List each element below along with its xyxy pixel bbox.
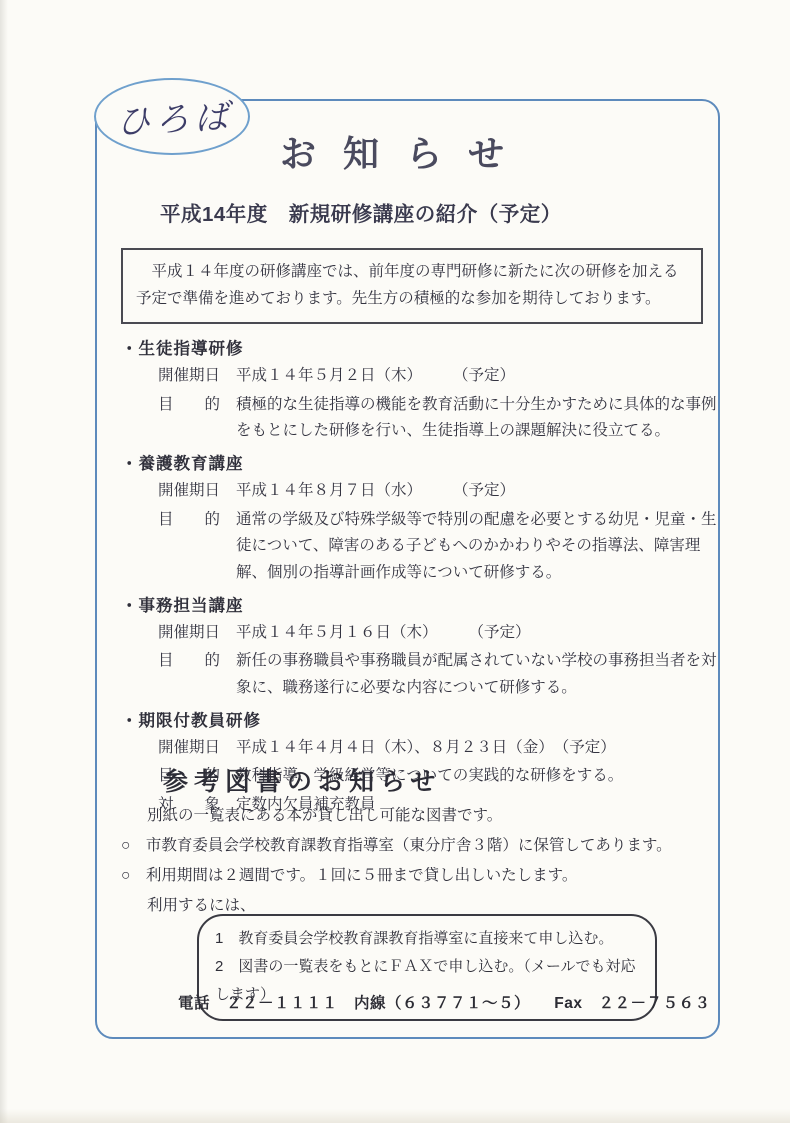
row-value: 平成１４年４月４日（木）、８月２３日（金） （予定） (236, 735, 717, 762)
library-heading: 参考図書のお知らせ (163, 762, 441, 798)
course-row: 目 的 通常の学級及び特殊学級等で特別の配慮を必要とする幼児・児童・生徒について… (121, 507, 717, 587)
course-row: 目 的 積極的な生徒指導の機能を教育活動に十分生かすために具体的な事例をもとにし… (121, 392, 717, 445)
hiroba-badge-label: ひろば (110, 89, 234, 144)
course-list: ・生徒指導研修 開催期日 平成１４年５月２日（木） （予定） 目 的 積極的な生… (121, 331, 717, 824)
library-point: ○ 利用期間は２週間です。１回に５冊まで貸し出しいたします。 (121, 866, 711, 887)
course-row: 開催期日 平成１４年４月４日（木）、８月２３日（金） （予定） (121, 735, 717, 762)
row-label: 開催期日 (158, 363, 220, 390)
course-row: 目 的 新任の事務職員や事務職員が配属されていない学校の事務担当者を対象に、職務… (121, 648, 717, 701)
row-value: 新任の事務職員や事務職員が配属されていない学校の事務担当者を対象に、職務遂行に必… (236, 648, 717, 701)
course-title: ・期限付教員研修 (121, 707, 717, 731)
row-label: 目 的 (158, 507, 220, 587)
course-title: ・生徒指導研修 (121, 335, 717, 359)
course-section-yogo-kyoiku: ・養護教育講座 開催期日 平成１４年８月７日（水） （予定） 目 的 通常の学級… (121, 450, 717, 587)
course-section-jimu-tanto: ・事務担当講座 開催期日 平成１４年５月１６日（木） （予定） 目 的 新任の事… (121, 592, 717, 702)
course-section-seito-shidо: ・生徒指導研修 開催期日 平成１４年５月２日（木） （予定） 目 的 積極的な生… (121, 335, 717, 445)
library-point: ○ 市教育委員会学校教育課教育指導室（東分庁舎３階）に保管してあります。 (121, 836, 711, 857)
intro-text: 平成１４年度の研修講座では、前年度の専門研修に新たに次の研修を加える予定で準備を… (136, 263, 679, 307)
row-label: 開催期日 (158, 735, 220, 762)
row-value: 平成１４年５月１６日（木） （予定） (236, 620, 717, 647)
scanned-notice-page: ひろば お知らせ 平成14年度 新規研修講座の紹介（予定） 平成１４年度の研修講… (0, 0, 790, 1123)
course-title: ・事務担当講座 (121, 592, 717, 616)
row-label: 目 的 (158, 648, 220, 701)
row-value: 積極的な生徒指導の機能を教育活動に十分生かすために具体的な事例をもとにした研修を… (236, 392, 717, 445)
row-label: 開催期日 (158, 478, 220, 505)
row-value: 平成１４年５月２日（木） （予定） (236, 363, 717, 390)
row-value: 平成１４年８月７日（水） （予定） (236, 478, 717, 505)
hiroba-badge: ひろば (94, 78, 250, 155)
course-title: ・養護教育講座 (121, 450, 717, 474)
contact-phone-line: 電話 ２２－１１１１ 内線（６３７７１～５） Fax ２２－７５６３ (178, 991, 710, 1013)
course-row: 開催期日 平成１４年５月１６日（木） （予定） (121, 620, 717, 647)
intro-box: 平成１４年度の研修講座では、前年度の専門研修に新たに次の研修を加える予定で準備を… (121, 248, 703, 324)
scan-edge-left (0, 0, 8, 1123)
row-label: 開催期日 (158, 620, 220, 647)
application-method: 1 教育委員会学校教育課教育指導室に直接来て申し込む。 (215, 925, 639, 953)
row-value: 通常の学級及び特殊学級等で特別の配慮を必要とする幼児・児童・生徒について、障害の… (236, 507, 717, 587)
sub-heading: 平成14年度 新規研修講座の紹介（予定） (160, 197, 562, 227)
course-row: 開催期日 平成１４年５月２日（木） （予定） (121, 363, 717, 390)
course-row: 開催期日 平成１４年８月７日（水） （予定） (121, 478, 717, 505)
library-intro-line: 別紙の一覧表にある本が貸し出し可能な図書です。 (121, 806, 711, 827)
row-label: 目 的 (158, 392, 220, 445)
library-info: 別紙の一覧表にある本が貸し出し可能な図書です。 ○ 市教育委員会学校教育課教育指… (121, 806, 711, 926)
scan-edge-bottom (0, 1109, 790, 1123)
